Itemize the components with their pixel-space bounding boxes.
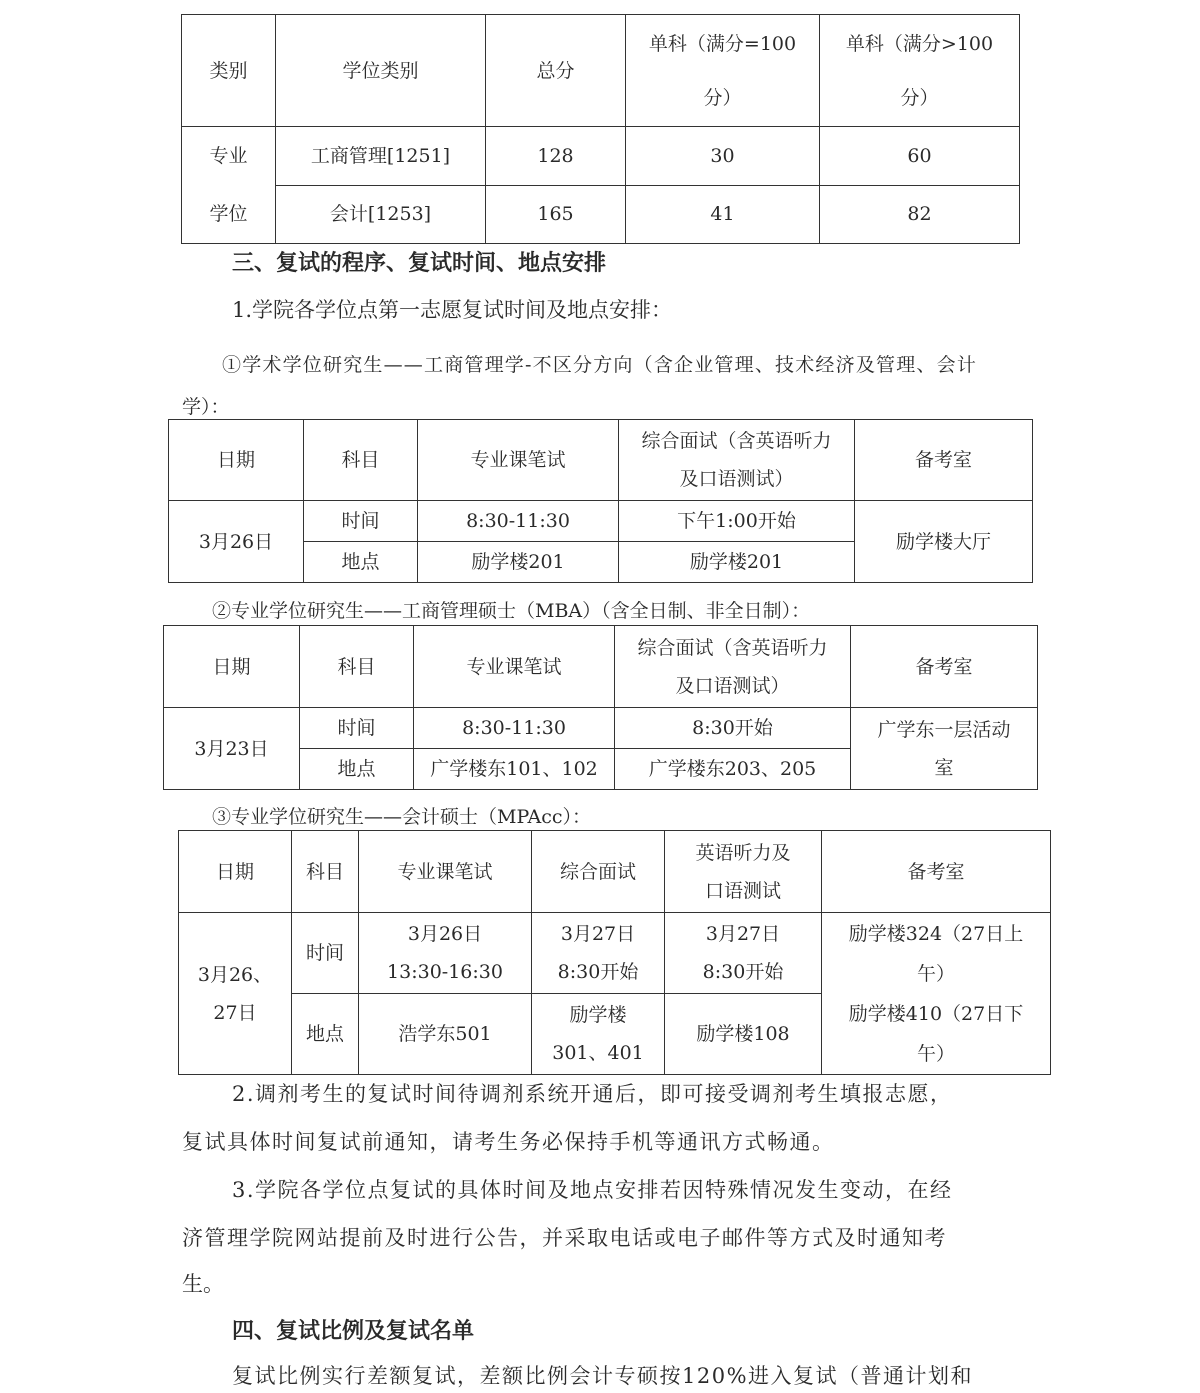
- header-written: 专业课笔试: [359, 831, 532, 913]
- written-time: 8:30-11:30: [414, 708, 615, 749]
- date-cell: 3月26日: [169, 501, 304, 583]
- header-subject: 科目: [292, 831, 359, 913]
- interview-place: 励学楼201: [619, 542, 855, 583]
- english-time-line1: 3月27日: [669, 915, 817, 953]
- prep-room-line1: 励学楼324（27日上: [826, 914, 1046, 954]
- written-time-line2: 13:30-16:30: [363, 953, 527, 991]
- section4-line1: 复试比例实行差额复试，差额比例会计专硕按120%进入复试（普通计划和: [232, 1360, 973, 1390]
- header-degree-type: 学位类别: [276, 15, 486, 127]
- sub2-text: ②专业学位研究生——工商管理硕士（MBA）（含全日制、非全日制）：: [212, 596, 810, 623]
- written-place: 广学楼东101、102: [414, 749, 615, 790]
- item2-line2: 复试具体时间复试前通知，请考生务必保持手机等通讯方式畅通。: [182, 1126, 835, 1156]
- header-english-line1: 英语听力及: [669, 834, 817, 872]
- interview-time: 3月27日 8:30开始: [532, 913, 665, 994]
- header-single-over-100-line2: 分）: [824, 71, 1015, 125]
- prep-room-line4: 午）: [826, 1034, 1046, 1074]
- header-interview-line2: 及口语测试）: [623, 460, 850, 498]
- header-total: 总分: [486, 15, 626, 127]
- table-row: 会计[1253] 165 41 82: [182, 185, 1020, 244]
- section3-heading: 三、复试的程序、复试时间、地点安排: [232, 246, 606, 277]
- prep-room-line2: 室: [855, 749, 1033, 787]
- interview-time: 下午1:00开始: [619, 501, 855, 542]
- header-english: 英语听力及 口语测试: [665, 831, 822, 913]
- interview-time: 8:30开始: [615, 708, 851, 749]
- header-date: 日期: [164, 626, 300, 708]
- prep-room-cell: 广学东一层活动 室: [851, 708, 1038, 790]
- single-over-100-cell: 60: [820, 127, 1020, 186]
- header-subject: 科目: [300, 626, 414, 708]
- item2-line1: 2.调剂考生的复试时间待调剂系统开通后，即可接受调剂考生填报志愿，: [232, 1078, 953, 1108]
- total-cell: 165: [486, 185, 626, 244]
- academic-schedule-table: 日期 科目 专业课笔试 综合面试（含英语听力 及口语测试） 备考室 3月26日 …: [168, 419, 1033, 583]
- header-single-over-100-line1: 单科（满分>100: [824, 17, 1015, 71]
- header-written: 专业课笔试: [418, 420, 619, 501]
- header-interview-line2: 及口语测试）: [619, 667, 846, 705]
- mpacc-schedule-table: 日期 科目 专业课笔试 综合面试 英语听力及 口语测试 备考室 3月26、 27…: [178, 830, 1051, 1075]
- section4-heading: 四、复试比例及复试名单: [232, 1314, 474, 1345]
- category-line2: 学位: [186, 185, 271, 243]
- interview-time-line2: 8:30开始: [536, 953, 660, 991]
- category-line1: 专业: [186, 127, 271, 185]
- place-label: 地点: [300, 749, 414, 790]
- category-cell: 专业 学位: [182, 127, 276, 244]
- single-100-cell: 30: [626, 127, 820, 186]
- time-label: 时间: [292, 913, 359, 994]
- header-english-line2: 口语测试: [669, 872, 817, 910]
- table-row: 3月26日 时间 8:30-11:30 下午1:00开始 励学楼大厅: [169, 501, 1033, 542]
- prep-room-line2: 午）: [826, 954, 1046, 994]
- single-100-cell: 41: [626, 185, 820, 244]
- header-prep-room: 备考室: [851, 626, 1038, 708]
- header-interview-line1: 综合面试（含英语听力: [623, 422, 850, 460]
- interview-time-line1: 3月27日: [536, 915, 660, 953]
- date-line1: 3月26、: [183, 956, 287, 994]
- degree-cell: 工商管理[1251]: [276, 127, 486, 186]
- header-date: 日期: [179, 831, 292, 913]
- date-cell: 3月23日: [164, 708, 300, 790]
- english-time-line2: 8:30开始: [669, 953, 817, 991]
- item3-line3: 生。: [182, 1268, 224, 1298]
- header-date: 日期: [169, 420, 304, 501]
- header-interview: 综合面试（含英语听力 及口语测试）: [615, 626, 851, 708]
- date-line2: 27日: [183, 994, 287, 1032]
- header-single-100-line1: 单科（满分=100: [630, 17, 815, 71]
- english-place: 励学楼108: [665, 994, 822, 1075]
- place-label: 地点: [292, 994, 359, 1075]
- score-line-table: 类别 学位类别 总分 单科（满分=100 分） 单科（满分>100 分） 专业 …: [181, 14, 1020, 244]
- header-single-100: 单科（满分=100 分）: [626, 15, 820, 127]
- item1-text: 1.学院各学位点第一志愿复试时间及地点安排：: [232, 294, 672, 324]
- header-written: 专业课笔试: [414, 626, 615, 708]
- table-row: 3月23日 时间 8:30-11:30 8:30开始 广学东一层活动 室: [164, 708, 1038, 749]
- table-row: 专业 学位 工商管理[1251] 128 30 60: [182, 127, 1020, 186]
- place-label: 地点: [304, 542, 418, 583]
- prep-room-cell: 励学楼324（27日上 午） 励学楼410（27日下 午）: [822, 913, 1051, 1075]
- item3-line2: 济管理学院网站提前及时进行公告，并采取电话或电子邮件等方式及时通知考: [182, 1222, 947, 1252]
- date-cell: 3月26、 27日: [179, 913, 292, 1075]
- interview-place: 励学楼 301、401: [532, 994, 665, 1075]
- mba-schedule-table: 日期 科目 专业课笔试 综合面试（含英语听力 及口语测试） 备考室 3月23日 …: [163, 625, 1038, 790]
- total-cell: 128: [486, 127, 626, 186]
- interview-place-line1: 励学楼: [536, 996, 660, 1034]
- written-time-line1: 3月26日: [363, 915, 527, 953]
- english-time: 3月27日 8:30开始: [665, 913, 822, 994]
- interview-place: 广学楼东203、205: [615, 749, 851, 790]
- prep-room-line1: 广学东一层活动: [855, 711, 1033, 749]
- single-over-100-cell: 82: [820, 185, 1020, 244]
- written-time: 3月26日 13:30-16:30: [359, 913, 532, 994]
- sub1-line1: ①学术学位研究生——工商管理学-不区分方向（含企业管理、技术经济及管理、会计: [222, 350, 977, 377]
- header-interview: 综合面试: [532, 831, 665, 913]
- header-subject: 科目: [304, 420, 418, 501]
- sub3-text: ③专业学位研究生——会计硕士（MPAcc）：: [212, 802, 591, 829]
- time-label: 时间: [304, 501, 418, 542]
- header-prep-room: 备考室: [855, 420, 1033, 501]
- written-place: 浩学东501: [359, 994, 532, 1075]
- time-label: 时间: [300, 708, 414, 749]
- degree-cell: 会计[1253]: [276, 185, 486, 244]
- header-interview-line1: 综合面试（含英语听力: [619, 629, 846, 667]
- table-row: 3月26、 27日 时间 3月26日 13:30-16:30 3月27日 8:3…: [179, 913, 1051, 994]
- header-single-100-line2: 分）: [630, 71, 815, 125]
- prep-room-line3: 励学楼410（27日下: [826, 994, 1046, 1034]
- header-category: 类别: [182, 15, 276, 127]
- sub1-line2: 学）：: [182, 392, 230, 419]
- header-prep-room: 备考室: [822, 831, 1051, 913]
- header-interview: 综合面试（含英语听力 及口语测试）: [619, 420, 855, 501]
- header-single-over-100: 单科（满分>100 分）: [820, 15, 1020, 127]
- prep-room-cell: 励学楼大厅: [855, 501, 1033, 583]
- written-place: 励学楼201: [418, 542, 619, 583]
- interview-place-line2: 301、401: [536, 1034, 660, 1072]
- written-time: 8:30-11:30: [418, 501, 619, 542]
- item3-line1: 3.学院各学位点复试的具体时间及地点安排若因特殊情况发生变动，在经: [232, 1174, 953, 1204]
